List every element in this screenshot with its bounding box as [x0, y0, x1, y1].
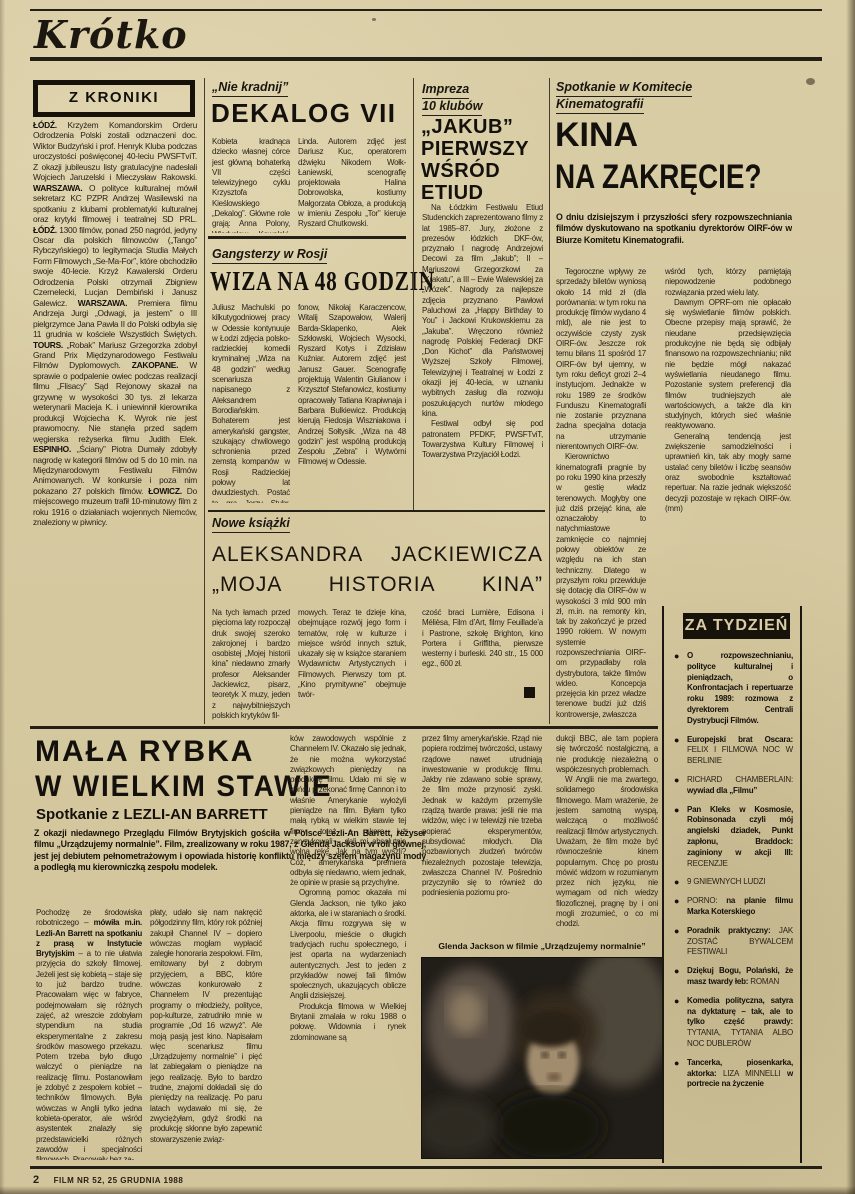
page-edge-bottom	[0, 1186, 855, 1194]
footer-rule	[30, 1166, 822, 1169]
rybka-subtitle: Spotkanie z LEZLI-AN BARRETT	[36, 806, 268, 823]
column-rule-3	[549, 78, 550, 724]
page-edge-left	[0, 0, 5, 1194]
column-rule-2	[413, 78, 414, 510]
rybka-col-2: płaty, udało się nam nakręcić półgodzinn…	[150, 908, 262, 1160]
jakub-kicker: Impreza10 klubów	[422, 82, 542, 116]
section-rule	[30, 726, 658, 729]
rybka-col-4: przez filmy amerykańskie. Rząd nie popie…	[422, 734, 542, 935]
column-rule-1	[204, 78, 205, 724]
dekalog-bottom-rule	[208, 236, 406, 239]
wiza-col-a: Juliusz Machulski po kilkutygodniowej pr…	[212, 303, 290, 503]
dekalog-col-a: Kobieta kradnąca dziecko własnej córce j…	[212, 137, 290, 233]
masthead-rule	[30, 57, 822, 61]
wiza-kicker: Gangsterzy w Rosji	[212, 247, 329, 264]
rybka-col-1: Pochodzę ze środowiska robotniczego – mó…	[36, 908, 142, 1160]
ksiazki-kicker: Nowe książki	[212, 516, 292, 533]
dekalog-kicker: „Nie kradnij”	[212, 80, 290, 97]
jakub-body: Na Łódzkim Festiwalu Etiud Studenckich z…	[422, 203, 543, 503]
scan-speck	[372, 18, 376, 21]
kronika-body: ŁÓDŹ. Krzyżem Komandorskim Orderu Odrodz…	[33, 120, 197, 720]
ksiazki-col-a: Na tych łamach przed pięcioma laty rozpo…	[212, 608, 290, 742]
za-tydzien-panel: ZA TYDZIEŃ ●O rozpowszechnianiu, polityc…	[662, 606, 802, 1163]
kina-kicker: Spotkanie w KomitecieKinematografii	[556, 80, 694, 114]
dekalog-col-b: Linda. Autorem zdjęć jest Dariusz Kuc, o…	[298, 137, 406, 233]
scan-speck	[806, 78, 815, 85]
kina-col-b: wśród tych, którzy pamiętają niepowodzen…	[665, 267, 791, 601]
kina-lead: O dniu dzisiejszym i przyszłości sfery r…	[556, 212, 792, 262]
wiza-title: WIZA NA 48 GODZIN	[210, 266, 435, 297]
photo-caption: Glenda Jackson w filmie „Urządzujemy nor…	[422, 941, 662, 951]
kina-col-a: Tegoroczne wpływy ze sprzedaży biletów w…	[556, 267, 646, 725]
page-number: 2	[33, 1174, 40, 1186]
rybka-col-3: ków zawodowych wspólnie z Channelem IV. …	[290, 734, 406, 1160]
ksiazki-col-c: czość braci Lumière, Edisona i Mélièsa, …	[422, 608, 543, 698]
rybka-col-5: dukcji BBC, ale tam popiera się twórczoś…	[556, 734, 658, 935]
issue-info: FILM NR 52, 25 GRUDNIA 1988	[54, 1176, 184, 1185]
kronika-header: Z KRONIKI	[33, 80, 195, 117]
za-tydzien-list: ●O rozpowszechnianiu, polityce kulturaln…	[674, 651, 793, 1090]
page-title: Krótko	[34, 12, 188, 57]
newspaper-page: Krótko Z KRONIKI ŁÓDŹ. Krzyżem Komandors…	[0, 0, 855, 1194]
ksiazki-top-rule	[208, 510, 545, 512]
top-rule	[30, 9, 822, 11]
kina-title: KINA NA ZAKRĘCIE?	[555, 114, 807, 198]
wiza-col-b: fonow, Nikołaj Karaczencow, Witalij Szap…	[298, 303, 406, 503]
glenda-jackson-photo	[421, 957, 663, 1159]
jakub-title: „JAKUB”PIERWSZYWŚRÓDETIUD	[421, 116, 529, 204]
footer: 2FILM NR 52, 25 GRUDNIA 1988	[33, 1174, 183, 1186]
page-edge-right	[846, 0, 855, 1194]
dekalog-title: DEKALOG VII	[211, 98, 397, 129]
za-tydzien-header: ZA TYDZIEŃ	[683, 613, 790, 639]
article-end-marker	[524, 687, 535, 698]
ksiazki-col-b: mowych. Teraz te dzieje kina, obejmujące…	[298, 608, 406, 742]
ksiazki-title: ALEKSANDRA JACKIEWICZA„MOJA HISTORIA KIN…	[212, 540, 543, 600]
